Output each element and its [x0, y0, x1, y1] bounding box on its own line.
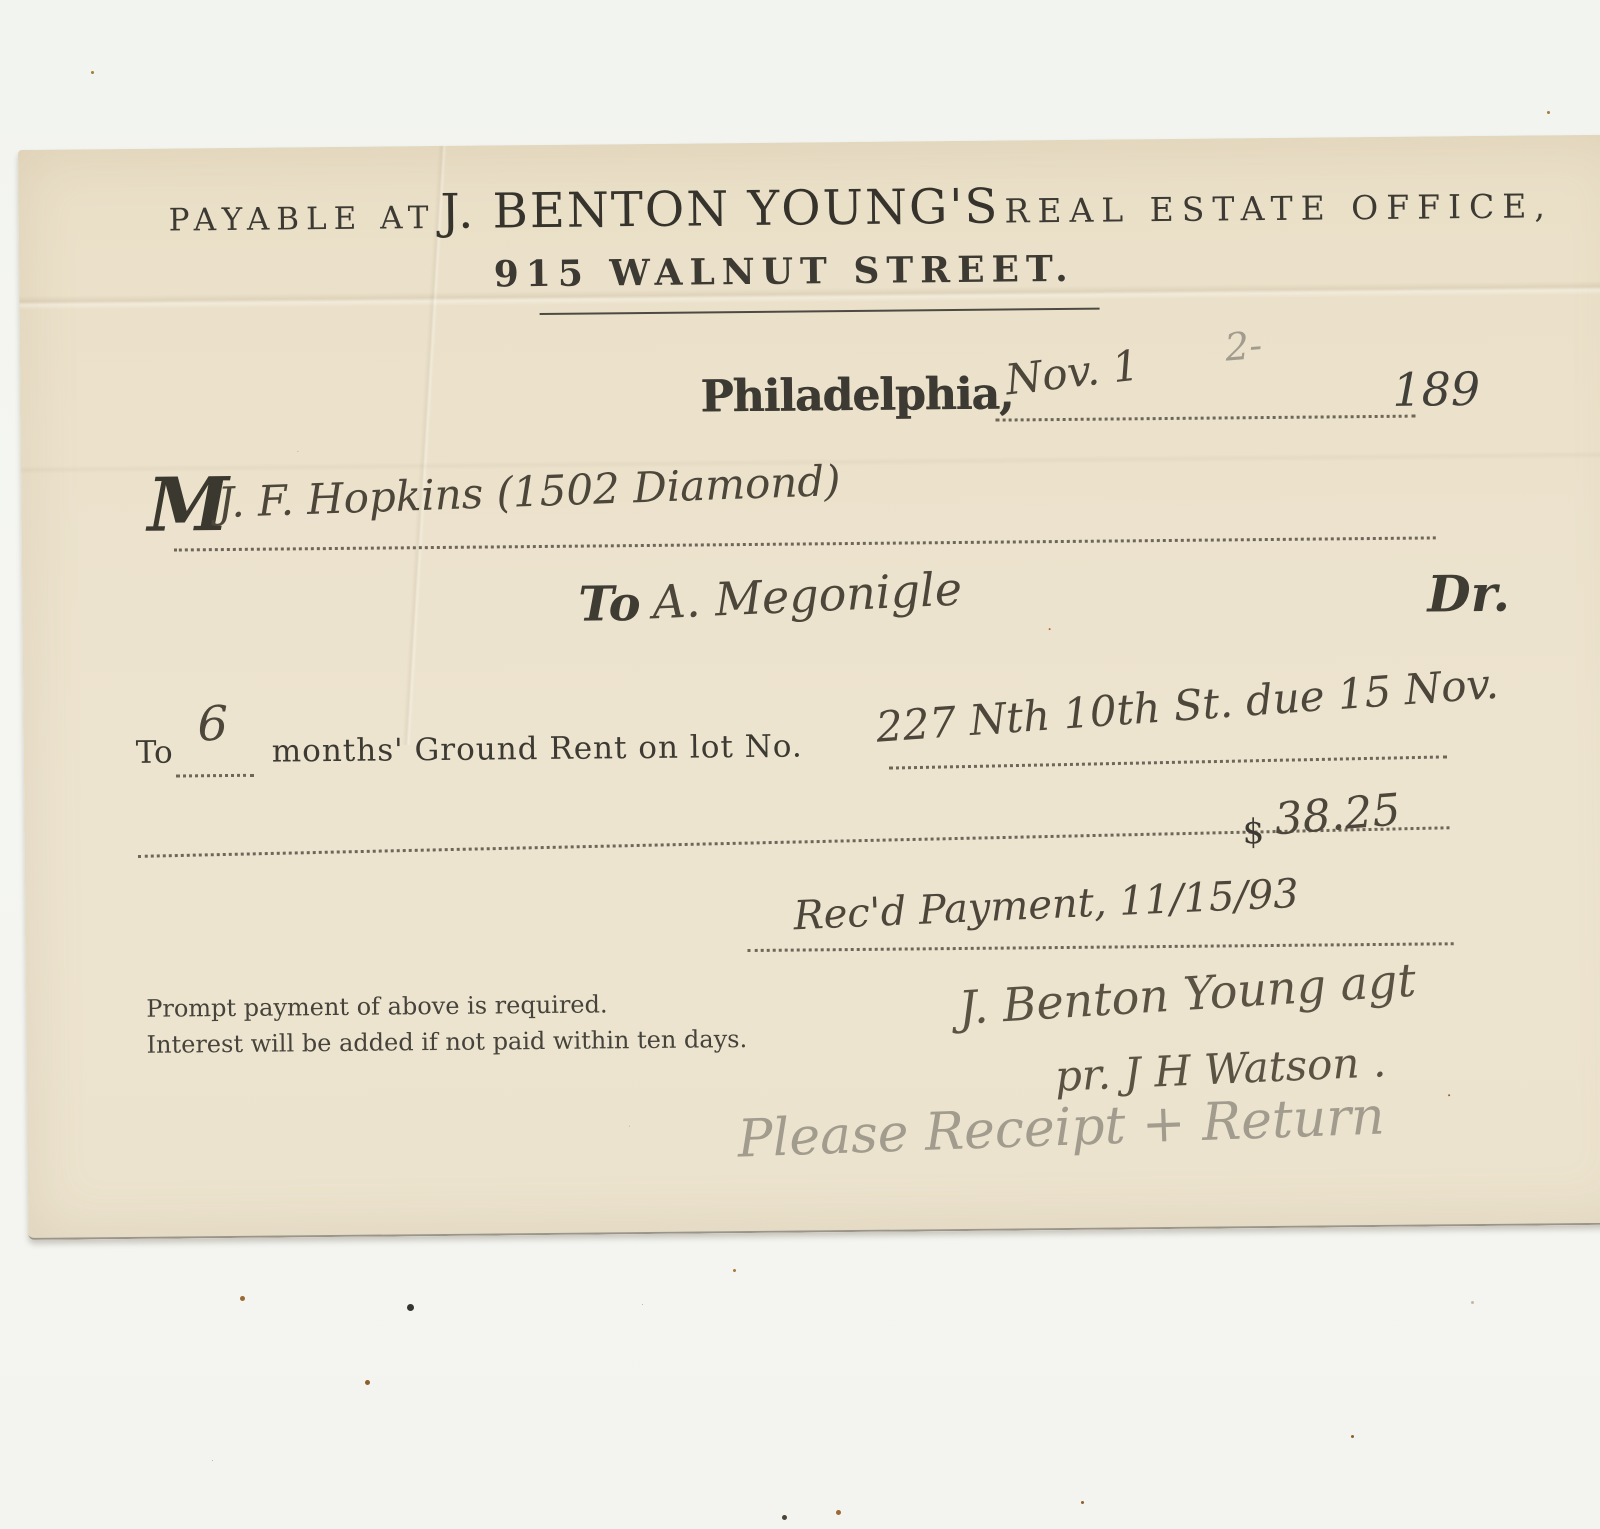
office-suffix-text: REAL ESTATE OFFICE, — [1004, 186, 1553, 230]
handwritten-date: Nov. 1 — [1003, 340, 1142, 404]
date-dotted-line — [996, 415, 1416, 422]
office-name-text: J. BENTON YOUNG'S — [440, 179, 999, 240]
received-payment-text: Rec'd Payment, 11/15/93 — [793, 871, 1300, 939]
pencil-number-note: 2- — [1223, 323, 1263, 370]
charge-dotted-line — [889, 755, 1447, 769]
receipt-paper: PAYABLE AT J. BENTON YOUNG'S REAL ESTATE… — [18, 135, 1600, 1240]
currency-symbol: $ — [1242, 812, 1264, 852]
letterhead-line1: PAYABLE AT J. BENTON YOUNG'S REAL ESTATE… — [168, 174, 1528, 243]
months-dotted-line — [176, 774, 254, 778]
lot-details: 227 Nth 10th St. due 15 Nov. — [874, 659, 1500, 752]
payee-name: A. Megonigle — [651, 562, 963, 630]
scanner-speckles — [0, 0, 5, 5]
footer-terms-line1: Prompt payment of above is required. — [146, 990, 608, 1022]
payable-at-text: PAYABLE AT — [169, 200, 436, 239]
charge-printed-text: months' Ground Rent on lot No. — [272, 728, 803, 769]
city-label: Philadelphia, — [700, 368, 1013, 422]
to-script-label: To — [578, 576, 641, 633]
receipt-dotted-line — [748, 942, 1454, 952]
year-prefix: 189 — [1392, 362, 1480, 417]
dr-label: Dr. — [1427, 564, 1510, 624]
footer-terms-line2: Interest will be added if not paid withi… — [146, 1025, 747, 1059]
pencil-annotation: Please Receipt + Return — [737, 1086, 1386, 1169]
letterhead-divider — [540, 308, 1100, 315]
paper-stains — [18, 150, 22, 154]
addressee-dotted-line — [174, 536, 1436, 551]
scanned-image: PAYABLE AT J. BENTON YOUNG'S REAL ESTATE… — [0, 0, 1600, 1529]
handwritten-months: 6 — [197, 696, 228, 752]
charge-to-label: To — [136, 735, 173, 771]
signature-line1: J. Benton Young agt — [957, 953, 1417, 1035]
handwritten-amount: 38.25 — [1273, 784, 1403, 845]
